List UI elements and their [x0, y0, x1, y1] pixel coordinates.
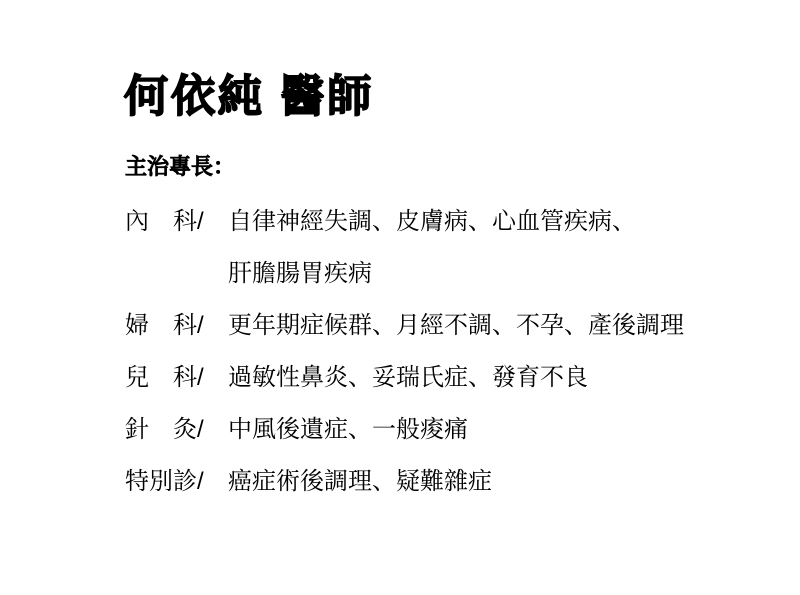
specialty-text: 中風後遺症、一般痠痛 — [228, 404, 745, 456]
section-heading: 主治專長： — [125, 153, 235, 182]
specialty-label: 內 科/ — [125, 196, 228, 248]
specialty-row-acupuncture: 針 灸/ 中風後遺症、一般痠痛 — [125, 404, 745, 456]
specialty-text: 肝膽腸胃疾病 — [228, 248, 745, 300]
specialty-description: 更年期症候群、月經不調、不孕、產後調理 — [228, 300, 745, 352]
slide-page: 何依純 醫師 主治專長： 內 科/ 自律神經失調、皮膚病、心血管疾病、 肝膽腸胃… — [0, 0, 800, 595]
specialty-text: 過敏性鼻炎、妥瑞氏症、發育不良 — [228, 352, 745, 404]
page-title: 何依純 醫師 — [124, 72, 374, 123]
specialty-row-special-clinic: 特別診/ 癌症術後調理、疑難雜症 — [125, 456, 745, 508]
specialty-row-internal-medicine: 內 科/ 自律神經失調、皮膚病、心血管疾病、 肝膽腸胃疾病 — [125, 196, 745, 300]
specialty-list: 內 科/ 自律神經失調、皮膚病、心血管疾病、 肝膽腸胃疾病 婦 科/ 更年期症候… — [125, 196, 745, 508]
specialty-label: 特別診/ — [125, 456, 228, 508]
specialty-description: 過敏性鼻炎、妥瑞氏症、發育不良 — [228, 352, 745, 404]
specialty-label: 兒 科/ — [125, 352, 228, 404]
specialty-text: 更年期症候群、月經不調、不孕、產後調理 — [228, 300, 745, 352]
specialty-description: 中風後遺症、一般痠痛 — [228, 404, 745, 456]
specialty-row-gynecology: 婦 科/ 更年期症候群、月經不調、不孕、產後調理 — [125, 300, 745, 352]
specialty-description: 癌症術後調理、疑難雜症 — [228, 456, 745, 508]
specialty-description: 自律神經失調、皮膚病、心血管疾病、 肝膽腸胃疾病 — [228, 196, 745, 300]
specialty-text: 自律神經失調、皮膚病、心血管疾病、 — [228, 196, 745, 248]
specialty-text: 癌症術後調理、疑難雜症 — [228, 456, 745, 508]
specialty-label: 針 灸/ — [125, 404, 228, 456]
specialty-row-pediatrics: 兒 科/ 過敏性鼻炎、妥瑞氏症、發育不良 — [125, 352, 745, 404]
specialty-label: 婦 科/ — [125, 300, 228, 352]
